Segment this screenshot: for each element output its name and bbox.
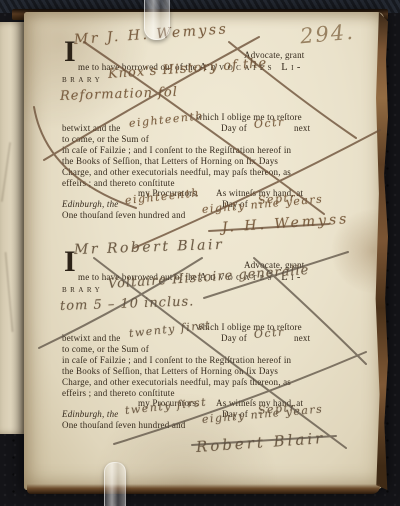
day-of-label: Day of	[221, 123, 247, 134]
failzie-line-3: Charge, and other executorials needful, …	[62, 377, 291, 388]
to-come-line: to come, or the Sum of	[62, 134, 149, 145]
failzie-line-3: Charge, and other executorials needful, …	[62, 167, 291, 178]
page-strap-bottom	[104, 462, 126, 506]
brary-caps: brary	[62, 74, 103, 85]
to-come-line: to come, or the Sum of	[62, 344, 149, 355]
borrower-signature: J. H. Wemyss	[221, 211, 349, 236]
signed-day: eighteenth	[124, 186, 200, 207]
betwixt-label: betwixt and the	[62, 333, 121, 344]
brary-caps: brary	[62, 284, 103, 295]
book-title-line2: Reformation fol	[60, 85, 178, 104]
oblige-restore-line: which I oblige me to reſtore	[196, 112, 302, 123]
book-title-line2: tom 5 – 10 inclus.	[60, 294, 195, 314]
day-of-label: Day of	[221, 333, 247, 344]
next-label: next	[294, 333, 310, 344]
faint-writing-mark	[5, 252, 14, 332]
faint-writing-mark	[1, 142, 11, 202]
failzie-line-2: the Books of Seſſion, that Letters of Ho…	[62, 156, 278, 167]
year-line-label: One thouſand ſeven hundred and	[62, 420, 185, 431]
return-month: Octr	[253, 325, 285, 341]
year-line-label: One thouſand ſeven hundred and	[62, 210, 185, 221]
failzie-line-2: the Books of Seſſion, that Letters of Ho…	[62, 366, 278, 377]
borrow-entry-blair: I Mr Robert Blair Advocate, grant me to …	[24, 248, 384, 468]
failzie-line-1: in caſe of Failzie ; and I conſent to th…	[62, 145, 291, 156]
edinburgh-label: Edinburgh, the	[62, 409, 118, 420]
failzie-line-1: in caſe of Failzie ; and I conſent to th…	[62, 355, 291, 366]
oblige-restore-line: which I oblige me to reſtore	[196, 322, 302, 333]
return-day: twenty first	[128, 318, 211, 340]
page-worn-bottom-edge	[27, 484, 380, 494]
page-number: 294.	[299, 20, 356, 49]
next-label: next	[294, 123, 310, 134]
borrow-entry-wemyss: I Mr J. H. Wemyss Advocate, grant me to …	[24, 38, 384, 258]
page-strap-top	[144, 0, 170, 40]
book-title-line1: Voltaire Histoire generalle	[107, 263, 309, 292]
book-title-line1: Knox's History of the	[107, 56, 267, 82]
ledger-page: 294. I Mr J. H. Wemyss Advocate, grant m…	[24, 12, 384, 490]
return-day: eighteenth	[128, 109, 204, 130]
return-month: Octr	[253, 115, 285, 131]
borrower-signature: Robert Blair	[195, 429, 325, 456]
facing-page-edge	[0, 22, 27, 434]
book-photograph: 294. I Mr J. H. Wemyss Advocate, grant m…	[0, 0, 400, 506]
betwixt-label: betwixt and the	[62, 123, 121, 134]
edinburgh-label: Edinburgh, the	[62, 199, 118, 210]
